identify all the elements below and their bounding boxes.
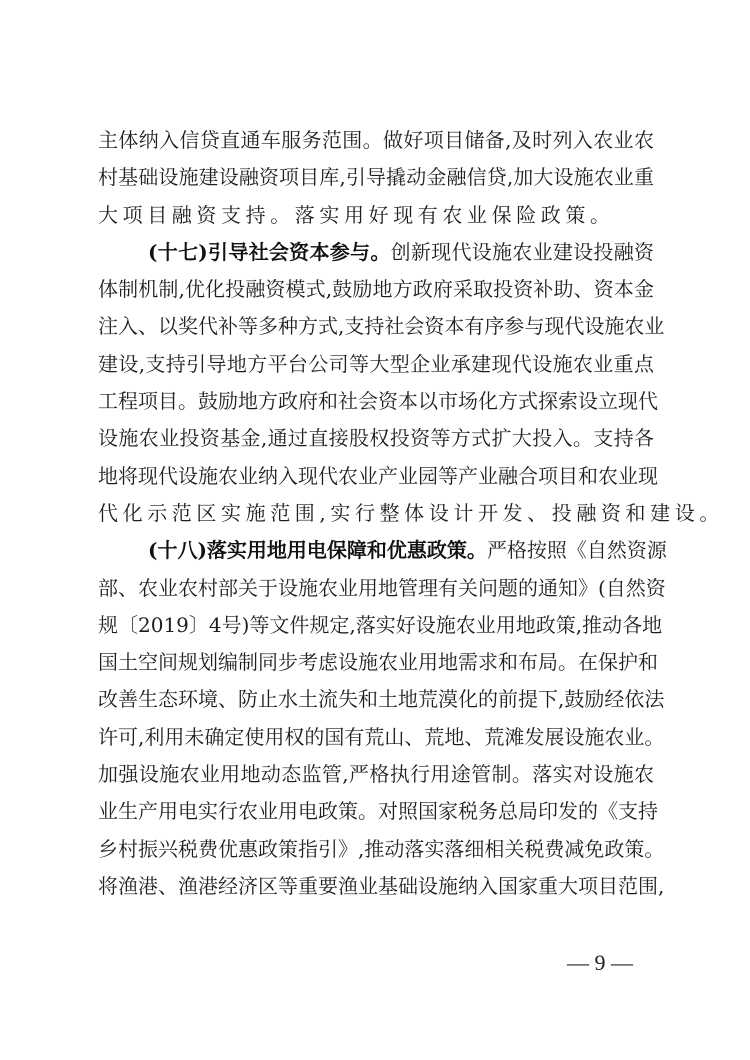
section-17-first-line: (十七)引导社会资本参与。创新现代设施农业建设投融资: [98, 234, 654, 271]
text-line: 大项目融资支持。落实用好现有农业保险政策。: [98, 197, 654, 234]
text-line: 设施农业投资基金,通过直接股权投资等方式扩大投入。支持各: [98, 420, 654, 457]
text-line: 主体纳入信贷直通车服务范围。做好项目储备,及时列入农业农: [98, 122, 654, 159]
page-number: — 9 —: [560, 950, 640, 976]
text-line: 村基础设施建设融资项目库,引导撬动金融信贷,加大设施农业重: [98, 159, 654, 196]
section-18-first-line: (十八)落实用地用电保障和优惠政策。严格按照《自然资源: [98, 532, 654, 569]
text-line: 乡村振兴税费优惠政策指引》,推动落实落细相关税费减免政策。: [98, 831, 654, 868]
text-line: 工程项目。鼓励地方政府和社会资本以市场化方式探索设立现代: [98, 383, 654, 420]
text-line: 改善生态环境、防止水土流失和土地荒漠化的前提下,鼓励经依法: [98, 681, 654, 718]
text-line: 部、农业农村部关于设施农业用地管理有关问题的通知》(自然资: [98, 570, 654, 607]
text-line: 体制机制,优化投融资模式,鼓励地方政府采取投资补助、资本金: [98, 271, 654, 308]
text-line: 加强设施农业用地动态监管,严格执行用途管制。落实对设施农: [98, 756, 654, 793]
text-line: 注入、以奖代补等多种方式,支持社会资本有序参与现代设施农业: [98, 308, 654, 345]
text-line: 规〔2019〕4号)等文件规定,落实好设施农业用地政策,推动各地: [98, 607, 654, 644]
text-line: 地将现代设施农业纳入现代农业产业园等产业融合项目和农业现: [98, 458, 654, 495]
text-span: 创新现代设施农业建设投融资: [391, 240, 654, 264]
document-body: 主体纳入信贷直通车服务范围。做好项目储备,及时列入农业农 村基础设施建设融资项目…: [98, 122, 654, 905]
text-line: 将渔港、渔港经济区等重要渔业基础设施纳入国家重大项目范围,: [98, 868, 654, 905]
text-line: 代化示范区实施范围,实行整体设计开发、投融资和建设。: [98, 495, 654, 532]
section-heading-18: (十八)落实用地用电保障和优惠政策。: [148, 538, 487, 562]
text-span: 严格按照《自然资源: [487, 538, 667, 562]
text-line: 国土空间规划编制同步考虑设施农业用地需求和布局。在保护和: [98, 644, 654, 681]
text-line: 业生产用电实行农业用电政策。对照国家税务总局印发的《支持: [98, 793, 654, 830]
text-line: 建设,支持引导地方平台公司等大型企业承建现代设施农业重点: [98, 346, 654, 383]
text-line: 许可,利用未确定使用权的国有荒山、荒地、荒滩发展设施农业。: [98, 719, 654, 756]
section-heading-17: (十七)引导社会资本参与。: [148, 240, 391, 264]
